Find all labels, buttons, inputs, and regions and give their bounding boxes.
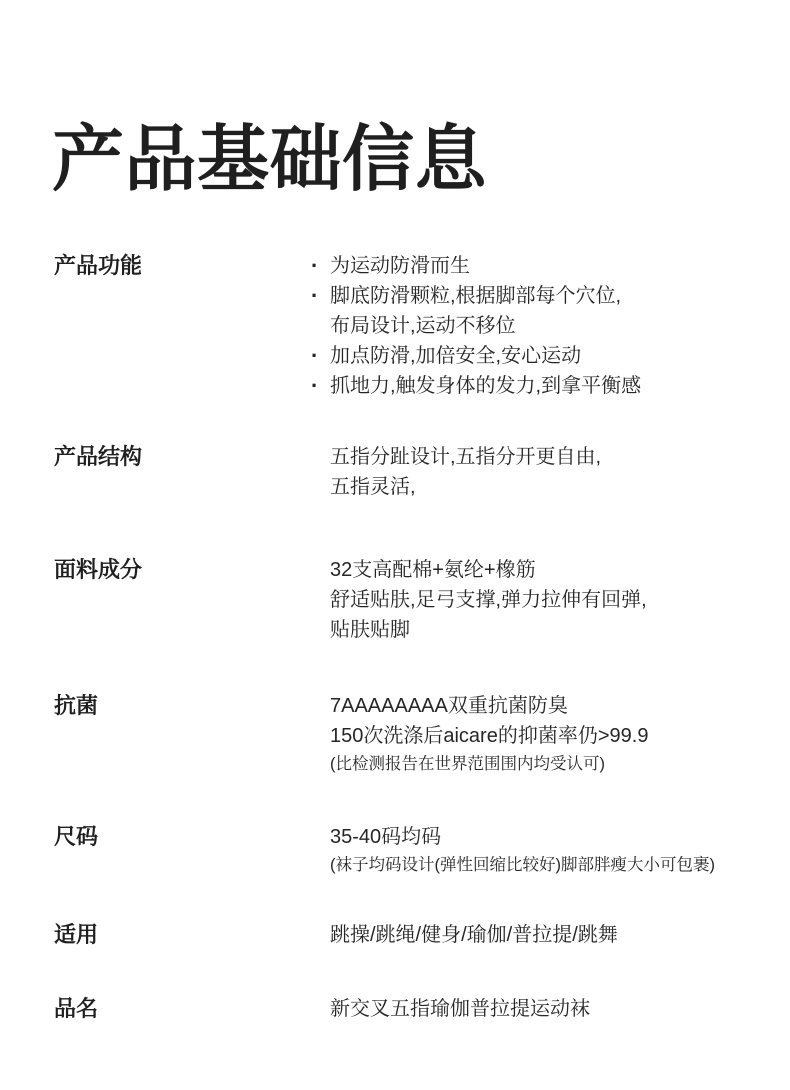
- content-line: 跳操/跳绳/健身/瑜伽/普拉提/跳舞: [330, 920, 752, 950]
- section-content: 新交叉五指瑜伽普拉提运动袜: [330, 994, 752, 1024]
- section-label: 抗菌: [54, 691, 330, 721]
- content-line: 150次洗涤后aicare的抑菌率仍>99.9: [330, 721, 752, 751]
- bullet-dot: ·: [311, 341, 318, 371]
- content-line-note: (比检测报告在世界范围围内均受认可): [330, 751, 752, 777]
- line-text: 为运动防滑而生: [330, 255, 470, 277]
- section-fabric-composition: 面料成分 32支高配棉+氨纶+橡筋 舒适贴肤,足弓支撑,弹力拉伸有回弹, 贴肤贴…: [54, 555, 752, 645]
- content-line: 五指分趾设计,五指分开更自由,: [330, 442, 752, 472]
- content-line-note: (袜子均码设计(弹性回缩比较好)脚部胖瘦大小可包裹): [330, 852, 752, 878]
- line-text: 抓地力,触发身体的发力,到拿平衡感: [330, 375, 641, 397]
- content-line: 35-40码均码: [330, 822, 752, 852]
- line-text: 加点防滑,加倍安全,安心运动: [330, 345, 581, 367]
- content-line: 32支高配棉+氨纶+橡筋: [330, 555, 752, 585]
- section-content: 五指分趾设计,五指分开更自由, 五指灵活,: [330, 442, 752, 502]
- content-line: ·抓地力,触发身体的发力,到拿平衡感: [330, 371, 752, 401]
- section-antibacterial: 抗菌 7AAAAAAAA双重抗菌防臭 150次洗涤后aicare的抑菌率仍>99…: [54, 691, 752, 777]
- section-label: 产品结构: [54, 442, 330, 472]
- content-line: 新交叉五指瑜伽普拉提运动袜: [330, 994, 752, 1024]
- content-line: 布局设计,运动不移位: [330, 311, 752, 341]
- section-product-name: 品名 新交叉五指瑜伽普拉提运动袜: [54, 994, 752, 1024]
- section-content: 7AAAAAAAA双重抗菌防臭 150次洗涤后aicare的抑菌率仍>99.9 …: [330, 691, 752, 777]
- section-label: 产品功能: [54, 251, 330, 281]
- section-content: 32支高配棉+氨纶+橡筋 舒适贴肤,足弓支撑,弹力拉伸有回弹, 贴肤贴脚: [330, 555, 752, 645]
- line-text: 布局设计,运动不移位: [330, 315, 516, 337]
- section-label: 尺码: [54, 822, 330, 852]
- section-product-function: 产品功能 ·为运动防滑而生 ·脚底防滑颗粒,根据脚部每个穴位, 布局设计,运动不…: [54, 251, 752, 401]
- product-info-sheet: 产品基础信息 产品功能 ·为运动防滑而生 ·脚底防滑颗粒,根据脚部每个穴位, 布…: [0, 0, 790, 1090]
- section-label: 面料成分: [54, 555, 330, 585]
- content-line: ·为运动防滑而生: [330, 251, 752, 281]
- content-line: 贴肤贴脚: [330, 615, 752, 645]
- section-applicable-uses: 适用 跳操/跳绳/健身/瑜伽/普拉提/跳舞: [54, 920, 752, 950]
- page-title: 产品基础信息: [52, 120, 487, 200]
- section-product-structure: 产品结构 五指分趾设计,五指分开更自由, 五指灵活,: [54, 442, 752, 502]
- content-line: 7AAAAAAAA双重抗菌防臭: [330, 691, 752, 721]
- section-size: 尺码 35-40码均码 (袜子均码设计(弹性回缩比较好)脚部胖瘦大小可包裹): [54, 822, 752, 878]
- content-line: ·脚底防滑颗粒,根据脚部每个穴位,: [330, 281, 752, 311]
- section-content: ·为运动防滑而生 ·脚底防滑颗粒,根据脚部每个穴位, 布局设计,运动不移位 ·加…: [330, 251, 752, 401]
- content-line: 舒适贴肤,足弓支撑,弹力拉伸有回弹,: [330, 585, 752, 615]
- bullet-dot: ·: [311, 281, 318, 311]
- section-label: 品名: [54, 994, 330, 1024]
- section-content: 35-40码均码 (袜子均码设计(弹性回缩比较好)脚部胖瘦大小可包裹): [330, 822, 752, 878]
- line-text: 脚底防滑颗粒,根据脚部每个穴位,: [330, 285, 621, 307]
- content-line: 五指灵活,: [330, 472, 752, 502]
- bullet-dot: ·: [311, 251, 318, 281]
- section-label: 适用: [54, 920, 330, 950]
- content-line: ·加点防滑,加倍安全,安心运动: [330, 341, 752, 371]
- bullet-dot: ·: [311, 371, 318, 401]
- section-content: 跳操/跳绳/健身/瑜伽/普拉提/跳舞: [330, 920, 752, 950]
